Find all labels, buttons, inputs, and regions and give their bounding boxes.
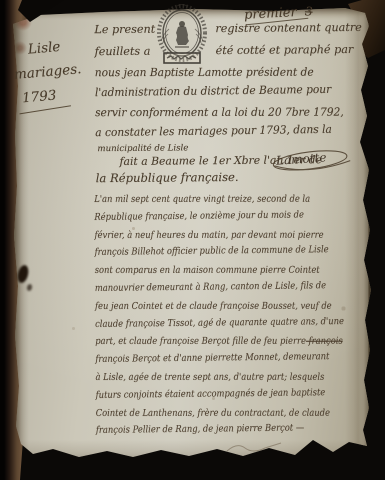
- manuscript-line: Le present registre contenant quatre: [94, 17, 358, 41]
- manuscript-line: françois Berçot et d'anne pierrette Monn…: [95, 348, 327, 369]
- final-line: la République française.: [96, 167, 360, 188]
- margin-year: 1793: [21, 81, 84, 110]
- struck-word: françois: [306, 336, 343, 347]
- manuscript-line: l'administration du district de Beaume p…: [95, 80, 346, 104]
- paraph-mark: [225, 440, 285, 456]
- manuscript-line: manouvrier demeurant à Rang, canton de L…: [95, 277, 327, 298]
- opening-lines: nous jean Baptiste Lamotte président del…: [95, 61, 360, 143]
- marriage-act-text: L'an mil sept cent quatre vingt treize, …: [94, 189, 360, 440]
- opening-line2-right: été cotté et paraphé par: [215, 39, 353, 62]
- manuscript-scan: Lisle mariages. 1793 premier3 Le present…: [0, 0, 385, 480]
- manuscript-line: françois Billehot officier public de la …: [94, 242, 326, 263]
- manuscript-line: françois Pellier de Rang, de jean pierre…: [96, 420, 328, 441]
- manuscript-line: République française, le onzième jour du…: [94, 206, 326, 227]
- manuscript-line: feuillets a été cotté et paraphé par: [94, 39, 358, 63]
- opening-line1-left: Le present: [94, 23, 155, 37]
- manuscript-line: a constater les mariages pour 1793, dans…: [95, 120, 346, 144]
- margin-annotation: Lisle mariages. 1793: [11, 33, 85, 113]
- opening-line2-left: feuillets a: [94, 45, 150, 58]
- opening-line1-right: registre contenant quatre: [215, 17, 362, 40]
- manuscript-line: futurs conjoints étaient accompagnés de …: [95, 384, 327, 405]
- manuscript-line: claude françoise Tissot, agé de quarante…: [95, 313, 327, 334]
- foxing-speckles: [13, 8, 14, 9]
